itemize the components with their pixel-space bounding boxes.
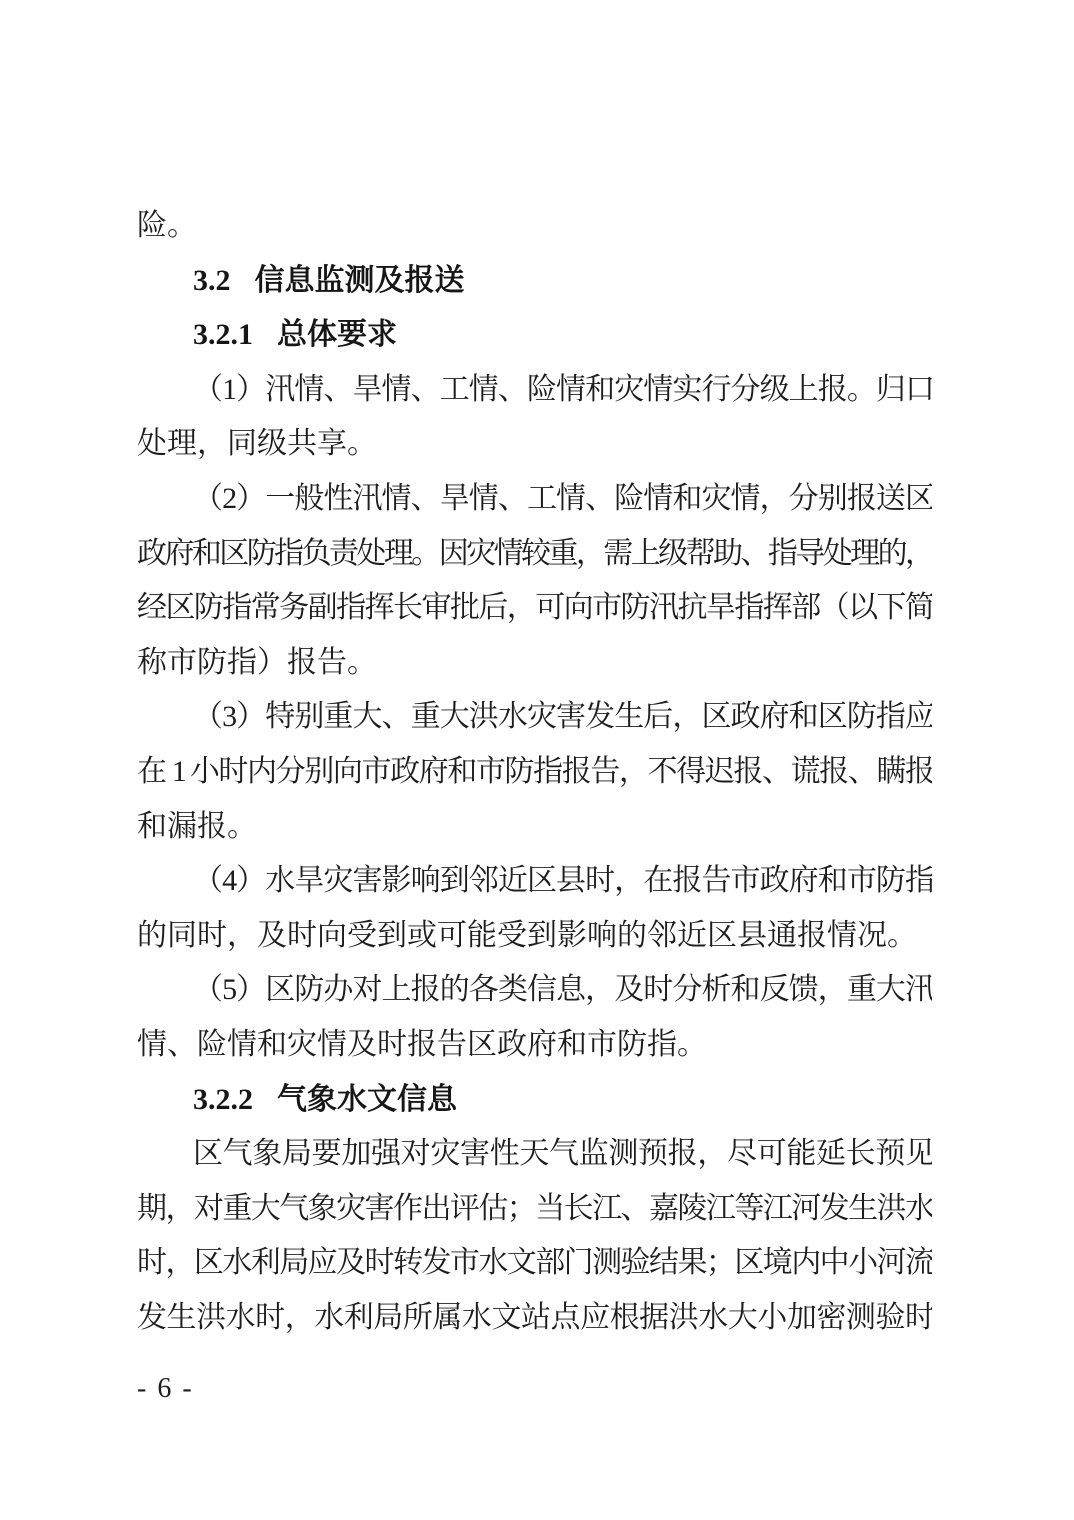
paragraph-line: 政府和区防指负责处理。因灾情较重，需上级帮助、指导处理的， <box>137 527 932 582</box>
paragraph-line: 的同时，及时向受到或可能受到影响的邻近区县通报情况。 <box>137 909 932 964</box>
paragraph-line: 发生洪水时，水利局所属水文站点应根据洪水大小加密测验时 <box>137 1291 932 1346</box>
paragraph-line: 经区防指常务副指挥长审批后，可向市防汛抗旱指挥部（以下简 <box>137 581 932 636</box>
paragraph-line: （2）一般性汛情、旱情、工情、险情和灾情，分别报送区 <box>137 472 932 527</box>
heading-number: 3.2.2 <box>193 1083 253 1116</box>
paragraph-line: （1）汛情、旱情、工情、险情和灾情实行分级上报。归口 <box>137 363 932 418</box>
paragraph-line: 区气象局要加强对灾害性天气监测预报，尽可能延长预见 <box>137 1127 932 1182</box>
paragraph-line: 在 1 小时内分别向市政府和市防指报告，不得迟报、谎报、瞒报 <box>137 745 932 800</box>
heading-title: 气象水文信息 <box>277 1083 457 1116</box>
heading-title: 总体要求 <box>277 318 397 351</box>
paragraph-line: 险。 <box>137 199 932 254</box>
page-number: - 6 - <box>137 1372 194 1406</box>
document-page: 险。 3.2信息监测及报送 3.2.1总体要求 （1）汛情、旱情、工情、险情和灾… <box>0 0 1074 1520</box>
paragraph-line: 情、险情和灾情及时报告区政府和市防指。 <box>137 1018 932 1073</box>
heading-title: 信息监测及报送 <box>255 264 465 297</box>
paragraph-line: 处理，同级共享。 <box>137 417 932 472</box>
heading-number: 3.2.1 <box>193 318 253 351</box>
paragraph-line: 时，区水利局应及时转发市水文部门测验结果；区境内中小河流 <box>137 1236 932 1291</box>
paragraph-line: 称市防指）报告。 <box>137 636 932 691</box>
paragraph-line: （3）特别重大、重大洪水灾害发生后，区政府和区防指应 <box>137 690 932 745</box>
paragraph-line: 期，对重大气象灾害作出评估；当长江、嘉陵江等江河发生洪水 <box>137 1182 932 1237</box>
section-heading-3-2-2: 3.2.2气象水文信息 <box>137 1073 932 1128</box>
section-heading-3-2: 3.2信息监测及报送 <box>137 254 932 309</box>
paragraph-line: （4）水旱灾害影响到邻近区县时，在报告市政府和市防指 <box>137 854 932 909</box>
heading-number: 3.2 <box>193 264 231 297</box>
paragraph-line: 和漏报。 <box>137 800 932 855</box>
document-content: 险。 3.2信息监测及报送 3.2.1总体要求 （1）汛情、旱情、工情、险情和灾… <box>137 199 932 1345</box>
paragraph-line: （5）区防办对上报的各类信息，及时分析和反馈，重大汛 <box>137 963 932 1018</box>
section-heading-3-2-1: 3.2.1总体要求 <box>137 308 932 363</box>
